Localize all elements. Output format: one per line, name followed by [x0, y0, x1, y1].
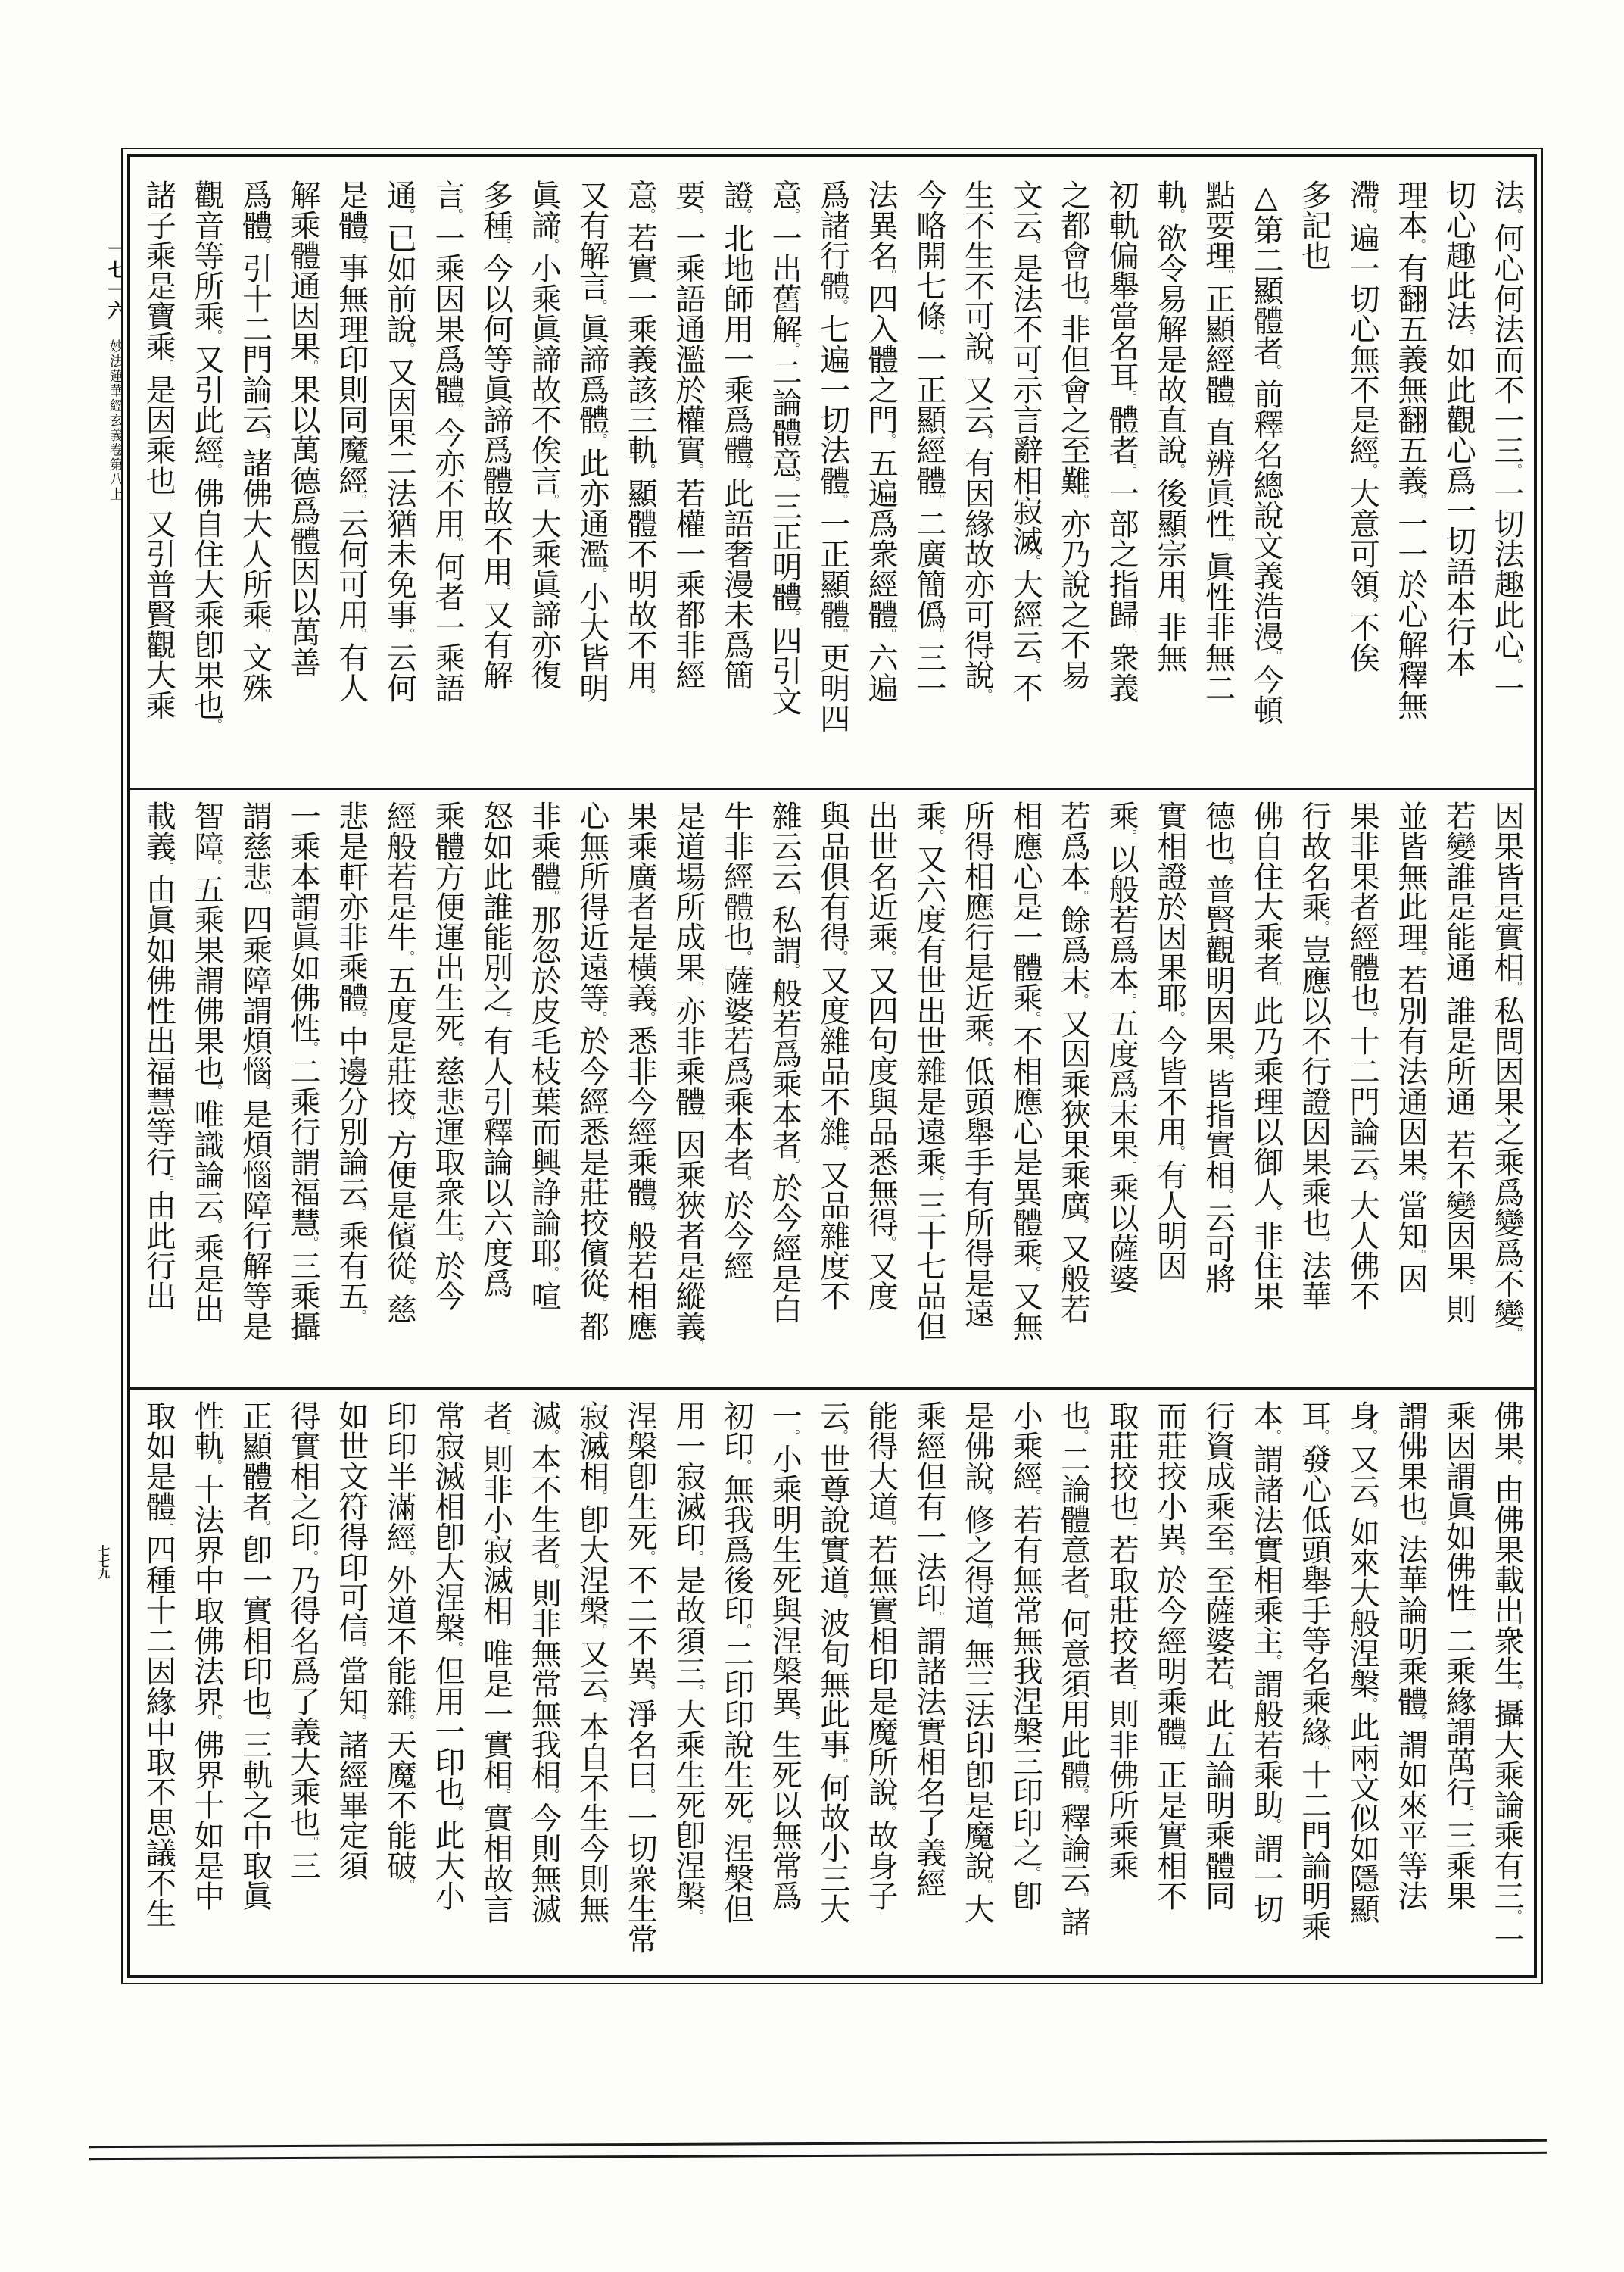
text-column: 果非果者經體也。十二門論云。大人佛不 — [1339, 801, 1387, 1387]
text-column: 實相證於因果耶。今皆不用。有人明因 — [1146, 801, 1194, 1387]
text-column: 寂滅相。卽大涅槃。又云。本自不生今則無 — [568, 1400, 616, 1975]
register-bottom-columns: 佛果。由佛果載出衆生。攝大乘論乘有三。一乘因謂眞如佛性。二乘緣謂萬行。三乘果謂佛… — [130, 1390, 1534, 1975]
text-column: 謂慈悲。四乘障謂煩惱。是煩惱障行解等是 — [231, 801, 279, 1387]
text-column: 乘。又六度有世出世雜是遠乘。三十七品但 — [905, 801, 953, 1387]
text-column: 乘。以般若爲本。五度爲末果。乘以薩婆 — [1098, 801, 1146, 1387]
text-column: 牛非經體也。薩婆若爲乘本者。於今經 — [712, 801, 761, 1387]
text-column: 若爲本。餘爲末。又因乘狹果乘廣。又般若 — [1049, 801, 1098, 1387]
text-column: 云。世尊說實道。波旬無此事。何故小三大 — [809, 1400, 857, 1975]
text-column: 怒如此誰能別之。有人引釋論以六度爲 — [472, 801, 520, 1387]
text-column: △第二顯體者。前釋名總說文義浩漫。今頓 — [1242, 179, 1290, 788]
text-column: 本。謂諸法實相乘主。謂般若乘助。謂一切 — [1242, 1400, 1290, 1975]
text-column: 是佛說。修之得道。無三法印卽是魔說。大 — [953, 1400, 1002, 1975]
text-column: 小乘經。若有無常無我涅槃三印印之。卽 — [1001, 1400, 1049, 1975]
text-column: 相應心是一體乘。不相應心是異體乘。又無 — [1001, 801, 1049, 1387]
text-column: 因果皆是實相。私問因果之乘爲變爲不變。 — [1482, 801, 1531, 1387]
text-column: 爲體。引十二門論云。諸佛大人所乘。文殊 — [231, 179, 279, 788]
text-column: 一。小乘明生死與涅槃異。生死以無常爲 — [761, 1400, 809, 1975]
text-column: 經般若是牛。五度是莊挍。方便是儐從。慈 — [376, 801, 424, 1387]
text-column: 取莊挍也。若取莊挍者。則非佛所乘乘 — [1098, 1400, 1146, 1975]
frame-inner-border: 法。何心何法而不一三。一切法趣此心。一切心趣此法。如此觀心爲一切語本行本理本。有… — [127, 154, 1537, 1978]
text-column: 多種。今以何等眞諦爲體故不用。又有解 — [472, 179, 520, 788]
text-column: 性軌。十法界中取佛法界。佛界十如是中 — [182, 1400, 231, 1975]
page-number-label: 七七九 — [95, 1545, 111, 1579]
register-top-columns: 法。何心何法而不一三。一切法趣此心。一切心趣此法。如此觀心爲一切語本行本理本。有… — [130, 157, 1534, 788]
text-column: 耳。發心低頭舉手等名乘緣。十二門論明乘 — [1290, 1400, 1339, 1975]
text-column: 滯。遍一切心無不是經。大意可領。不俟 — [1339, 179, 1387, 788]
text-column: 載義。由眞如佛性出福慧等行。由此行出 — [135, 801, 183, 1387]
text-column: 觀音等所乘。又引此經。佛自住大乘卽果也。 — [182, 179, 231, 788]
scanned-sutra-page: 一七一六 妙法蓮華經玄義卷第八上 七七九 法。何心何法而不一三。一切法趣此心。一… — [0, 0, 1624, 2272]
text-column: 是體。事無理印則同魔經。云何可用。有人 — [327, 179, 376, 788]
text-column: 切心趣此法。如此觀心爲一切語本行本 — [1435, 179, 1483, 788]
text-column: 初軌偏舉當名耳。體者。一部之指歸。衆義 — [1098, 179, 1146, 788]
text-column: 滅。本不生者。則非無常無我相。今則無滅 — [520, 1400, 569, 1975]
text-column: 生不生不可說。又云。有因緣故亦可得說。 — [953, 179, 1002, 788]
text-column: 正顯體者。卽一實相印也。三軌之中取眞 — [231, 1400, 279, 1975]
text-column: 文云。是法不可示言辭相寂滅。大經云。不 — [1001, 179, 1049, 788]
text-column: 者。則非小寂滅相。唯是一實相。實相故言 — [472, 1400, 520, 1975]
text-column: 解乘體通因果。果以萬德爲體因以萬善 — [279, 179, 328, 788]
text-column: 諸子乘是寶乘。是因乘也。又引普賢觀大乘 — [135, 179, 183, 788]
text-column: 雜云云。私謂。般若爲乘本者。於今經是白 — [761, 801, 809, 1387]
text-column: 行故名乘。豈應以不行證因果乘也。法華 — [1290, 801, 1339, 1387]
text-column: 又有解言。眞諦爲體。此亦通濫。小大皆明 — [568, 179, 616, 788]
text-column: 涅槃卽生死。不二不異。淨名曰。一切衆生常 — [616, 1400, 665, 1975]
footer-rule-top — [89, 2139, 1547, 2148]
text-column: 一乘本謂眞如佛性。二乘行謂福慧。三乘攝 — [279, 801, 328, 1387]
text-column: 意。若實一乘義該三軌。顯體不明故不用。 — [616, 179, 665, 788]
text-column: 佛自住大乘者。此乃乘理以御人。非住果 — [1242, 801, 1290, 1387]
text-column: 謂佛果也。法華論明乘體。謂如來平等法 — [1386, 1400, 1435, 1975]
text-column: 乘經但有一法印。謂諸法實相名了義經 — [905, 1400, 953, 1975]
text-column: 法異名。四入體之門。五遍爲衆經體。六遍 — [857, 179, 906, 788]
text-column: 眞諦。小乘眞諦故不俟言。大乘眞諦亦復 — [520, 179, 569, 788]
text-column: 言。一乘因果爲體。今亦不用。何者一乘語 — [423, 179, 472, 788]
text-column: 之都會也。非但會之至難。亦乃說之不易 — [1049, 179, 1098, 788]
text-column: 乘因謂眞如佛性。二乘緣謂萬行。三乘果 — [1435, 1400, 1483, 1975]
text-column: 得實相之印。乃得名爲了義大乘也。三 — [279, 1400, 328, 1975]
text-column: 點要理。正顯經體。直辨眞性。眞性非無二 — [1194, 179, 1242, 788]
text-column: 乘體方便運出生死。慈悲運取衆生。於今 — [423, 801, 472, 1387]
text-column: 軌。欲令易解是故直說。後顯宗用。非無 — [1146, 179, 1194, 788]
text-column: 常寂滅相卽大涅槃。但用一印也。此大小 — [423, 1400, 472, 1975]
text-column: 證。北地師用一乘爲體。此語奢漫未爲簡 — [712, 179, 761, 788]
text-column: 用一寂滅印。是故須三。大乘生死卽涅槃。 — [664, 1400, 712, 1975]
text-column: 並皆無此理。若別有法通因果。當知。因 — [1386, 801, 1435, 1387]
text-column: 法。何心何法而不一三。一切法趣此心。一 — [1482, 179, 1531, 788]
text-column: 德也。普賢觀明因果。皆指實相。云可將 — [1194, 801, 1242, 1387]
text-column: 而莊挍小異。於今經明乘體。正是實相不 — [1146, 1400, 1194, 1975]
text-column: 行資成乘至。至薩婆若。此五論明乘體同 — [1194, 1400, 1242, 1975]
text-frame: 法。何心何法而不一三。一切法趣此心。一切心趣此法。如此觀心爲一切語本行本理本。有… — [121, 148, 1543, 1984]
footer-rule-bottom — [89, 2152, 1547, 2160]
text-column: 如世文符得印可信。當知。諸經畢定須 — [327, 1400, 376, 1975]
text-column: 初印。無我爲後印。二印印說生死。涅槃但 — [712, 1400, 761, 1975]
text-column: 心無所得近遠等。於今經悉是莊挍儐從。都 — [568, 801, 616, 1387]
text-column: 要。一乘語通濫於權實。若權一乘都非經 — [664, 179, 712, 788]
text-column: 意。一出舊解。二論體意。三正明體。四引文 — [761, 179, 809, 788]
text-column: 通。已如前說。又因果二法猶未免事。云何 — [376, 179, 424, 788]
text-column: 智障。五乘果謂佛果也。唯識論云。乘是出 — [182, 801, 231, 1387]
text-column: 非乘體。那忽於皮毛枝葉而興諍論耶。喧 — [520, 801, 569, 1387]
text-column: 多記也 — [1290, 179, 1339, 788]
text-column: 身。又云。如來大般涅槃。此兩文似如隱顯 — [1339, 1400, 1387, 1975]
text-column: 能得大道。若無實相印是魔所說。故身子 — [857, 1400, 906, 1975]
text-column: 若變誰是能通。誰是所通。若不變因果。則 — [1435, 801, 1483, 1387]
text-column: 理本。有翻五義無翻五義。一一於心解釋無 — [1386, 179, 1435, 788]
text-column: 取如是體。四種十二因緣中取不思議不生 — [135, 1400, 183, 1975]
text-column: 出世名近乘。又四句度與品悉無得。又度 — [857, 801, 906, 1387]
register-top: 法。何心何法而不一三。一切法趣此心。一切心趣此法。如此觀心爲一切語本行本理本。有… — [130, 157, 1534, 790]
register-bottom: 佛果。由佛果載出衆生。攝大乘論乘有三。一乘因謂眞如佛性。二乘緣謂萬行。三乘果謂佛… — [130, 1390, 1534, 1975]
text-column: 今略開七條。一正顯經體。二廣簡僞。三一 — [905, 179, 953, 788]
text-column: 所得相應行是近乘。低頭舉手有所得是遠 — [953, 801, 1002, 1387]
text-column: 也。二論體意者。何意須用此體。釋論云。諸 — [1049, 1400, 1098, 1975]
text-column: 悲是軒亦非乘體。中邊分別論云。乘有五。 — [327, 801, 376, 1387]
text-column: 與品俱有得。又度雜品不雜。又品雜度不 — [809, 801, 857, 1387]
text-column: 佛果。由佛果載出衆生。攝大乘論乘有三。一 — [1482, 1400, 1531, 1975]
register-middle-columns: 因果皆是實相。私問因果之乘爲變爲不變。若變誰是能通。誰是所通。若不變因果。則並皆… — [130, 790, 1534, 1387]
text-column: 是道場所成果。亦非乘體。因乘狹者是縱義。 — [664, 801, 712, 1387]
text-column: 印印半滿經。外道不能雜。天魔不能破。 — [376, 1400, 424, 1975]
register-middle: 因果皆是實相。私問因果之乘爲變爲不變。若變誰是能通。誰是所通。若不變因果。則並皆… — [130, 790, 1534, 1390]
text-column: 爲諸行體。七遍一切法體。一正顯體。更明四 — [809, 179, 857, 788]
text-column: 果乘廣者是橫義。悉非今經乘體。般若相應 — [616, 801, 665, 1387]
